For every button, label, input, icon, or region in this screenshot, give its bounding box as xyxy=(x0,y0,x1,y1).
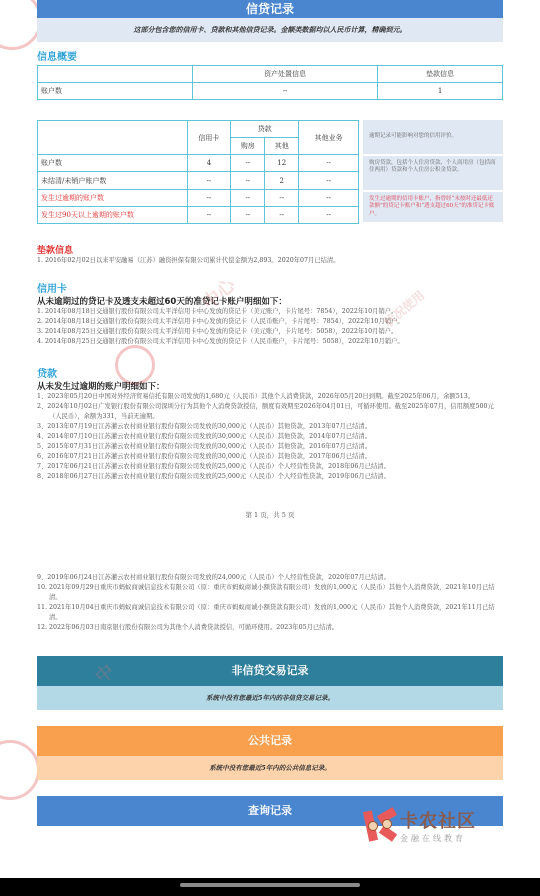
loans-title: 贷款 xyxy=(37,365,503,380)
credit-card-title: 信用卡 xyxy=(37,280,503,295)
acct-header-loan-other: 其他 xyxy=(265,138,299,155)
loans-subtitle: 从未发生过逾期的账户明细如下： xyxy=(37,380,503,392)
credit-card-subtitle: 从未逾期过的贷记卡及透支未超过60天的准贷记卡账户明细如下： xyxy=(37,295,503,307)
cell: -- xyxy=(231,206,265,223)
list-item: 11. 2021年10月04日重庆市蚂蚁商诚信息技术有限公司（原：重庆市蚂蚁商诚… xyxy=(37,603,503,623)
system-nav-bar xyxy=(0,878,540,896)
row-label-overdue-90: 发生过90天以上逾期的账户数 xyxy=(38,206,188,223)
overview-notes: 逾期记录可能影响对您的信用评价。 购房贷款，包括个人住房贷款、个人商用房（包括商… xyxy=(363,120,503,224)
cell: 2 xyxy=(265,172,299,189)
credit-section-header: 信贷记录 xyxy=(37,0,503,18)
cell: 4 xyxy=(187,155,231,172)
stamp-seal-decoration xyxy=(0,740,40,800)
table-row: 发生过逾期的账户数 -- -- -- -- xyxy=(38,189,359,206)
note-house-loan: 购房贷款，包括个人住房贷款、个人商用房（包括商住两用）贷款和个人住房公积金贷款。 xyxy=(363,156,503,190)
overview-title: 信息概要 xyxy=(37,48,503,63)
acct-header-credit-card: 信用卡 xyxy=(187,121,231,155)
row-label-overdue: 发生过逾期的账户数 xyxy=(38,189,188,206)
list-item: 2. 2014年08月18日交通银行股份有限公司太平洋信用卡中心发放的贷记卡（人… xyxy=(37,317,503,327)
cell: -- xyxy=(299,206,359,223)
public-records-message: 系统中没有您最近5年内的公共信息记录。 xyxy=(37,756,503,780)
public-records-header: 公共记录 xyxy=(37,726,503,756)
list-item: 3. 2014年08月25日交通银行股份有限公司太平洋信用卡中心发放的贷记卡（美… xyxy=(37,327,503,337)
credit-report-page: 信贷记录 这部分包含您的信用卡、贷款和其他信贷记录。金额类数据均以人民币计算，精… xyxy=(37,0,503,826)
acct-header-loan-house: 购房 xyxy=(231,138,265,155)
note-overdue-definition: 发生过逾期的信用卡账户，指曾经“未按时还最低还款额”的贷记卡账户和“透支超过60… xyxy=(363,192,503,222)
account-overview: 信用卡 贷款 其他业务 购房 其他 账户数 4 -- 12 -- 未结清/未销户… xyxy=(37,120,503,224)
credit-section-subtitle: 这部分包含您的信用卡、贷款和其他信贷记录。金额类数据均以人民币计算，精确到元。 xyxy=(37,18,503,42)
list-item: 4. 2014年08月25日交通银行股份有限公司太平洋信用卡中心发放的贷记卡（人… xyxy=(37,337,503,347)
cell: -- xyxy=(187,172,231,189)
list-item: 9、2019年06月24日江苏灌云农村商业银行股份有限公司发放的24,000元（… xyxy=(37,573,503,583)
table-row: 未结清/未销户账户数 -- -- 2 -- xyxy=(38,172,359,189)
cell: -- xyxy=(265,206,299,223)
loans-list-page2: 9、2019年06月24日江苏灌云农村商业银行股份有限公司发放的24,000元（… xyxy=(37,573,503,633)
list-item: 5、2015年07月31日江苏灌云农村商业银行股份有限公司发放的30,000元（… xyxy=(37,442,503,452)
list-item: 7、2017年06月21日江苏灌云农村商业银行股份有限公司发放的25,000元（… xyxy=(37,462,503,472)
row-label: 未结清/未销户账户数 xyxy=(38,172,188,189)
loans-list-page1: 1、2023年05月20日中国对外经济贸易信托有限公司发放的1,680元（人民币… xyxy=(37,392,503,482)
list-item: 1. 2014年08月18日交通银行股份有限公司太平洋信用卡中心发放的贷记卡（美… xyxy=(37,307,503,317)
cell: -- xyxy=(299,155,359,172)
credit-card-list: 1. 2014年08月18日交通银行股份有限公司太平洋信用卡中心发放的贷记卡（美… xyxy=(37,307,503,347)
summary-cell: 1 xyxy=(378,83,503,100)
cell: -- xyxy=(187,206,231,223)
kanong-logo: 卡农社区 金融在线教育 xyxy=(362,807,476,844)
list-item: 12. 2022年06月03日南京银行股份有限公司为其他个人消费贷款授信，可循环… xyxy=(37,623,503,633)
cell: -- xyxy=(187,189,231,206)
list-item: 4、2014年07月10日江苏灌云农村商业银行股份有限公司发放的30,000元（… xyxy=(37,432,503,442)
cell: -- xyxy=(231,155,265,172)
list-item: 2、2024年10月02日广发银行股份有限公司深圳分行为其他个人消费贷款授信，额… xyxy=(37,402,503,422)
list-item: 8、2018年06月27日江苏灌云农村商业银行股份有限公司发放的25,000元（… xyxy=(37,472,503,482)
summary-header-blank xyxy=(38,66,193,83)
list-item: 1、2023年05月20日中国对外经济贸易信托有限公司发放的1,680元（人民币… xyxy=(37,392,503,402)
home-indicator[interactable] xyxy=(180,883,360,887)
list-item: 10. 2021年09月29日重庆市蚂蚁商诚信息技术有限公司（原：重庆市蚂蚁商诚… xyxy=(37,583,503,603)
cell: -- xyxy=(231,189,265,206)
acct-header-blank xyxy=(38,121,188,155)
kanong-k-icon xyxy=(362,809,400,843)
summary-header-asset-disposal: 资产处置信息 xyxy=(193,66,378,83)
cell: -- xyxy=(299,172,359,189)
cell: 12 xyxy=(265,155,299,172)
summary-header-advance: 垫款信息 xyxy=(378,66,503,83)
table-row: 账户数 4 -- 12 -- xyxy=(38,155,359,172)
acct-header-loan: 贷款 xyxy=(231,121,299,138)
summary-row-label: 账户数 xyxy=(38,83,193,100)
kanong-logo-name: 卡农社区 xyxy=(400,807,476,833)
summary-cell: -- xyxy=(193,83,378,100)
stamp-seal-decoration xyxy=(0,0,42,50)
page-number: 第 1 页，共 5 页 xyxy=(37,510,503,519)
advance-item: 1. 2016年02月02日以来平安融易（江苏）融资担保有限公司累计代偿金额为2… xyxy=(37,256,503,266)
list-item: 6、2016年07月21日江苏灌云农村商业银行股份有限公司发放的30,000元（… xyxy=(37,452,503,462)
cell: -- xyxy=(299,189,359,206)
list-item: 3、2013年07月19日江苏灌云农村商业银行股份有限公司发放的30,000元（… xyxy=(37,422,503,432)
non-credit-message: 系统中没有您最近5年内的非信贷交易记录。 xyxy=(37,686,503,710)
row-label: 账户数 xyxy=(38,155,188,172)
note-overdue-impact: 逾期记录可能影响对您的信用评价。 xyxy=(363,120,503,154)
cell: -- xyxy=(231,172,265,189)
table-row: 发生过90天以上逾期的账户数 -- -- -- -- xyxy=(38,206,359,223)
account-summary-table: 信用卡 贷款 其他业务 购房 其他 账户数 4 -- 12 -- 未结清/未销户… xyxy=(37,120,359,224)
acct-header-other-business: 其他业务 xyxy=(299,121,359,155)
overview-summary-table: 资产处置信息 垫款信息 账户数 -- 1 xyxy=(37,65,503,100)
non-credit-header: 非信贷交易记录 xyxy=(37,656,503,686)
kanong-logo-tagline: 金融在线教育 xyxy=(400,833,476,844)
cell: -- xyxy=(265,189,299,206)
advance-title: 垫款信息 xyxy=(37,243,503,256)
